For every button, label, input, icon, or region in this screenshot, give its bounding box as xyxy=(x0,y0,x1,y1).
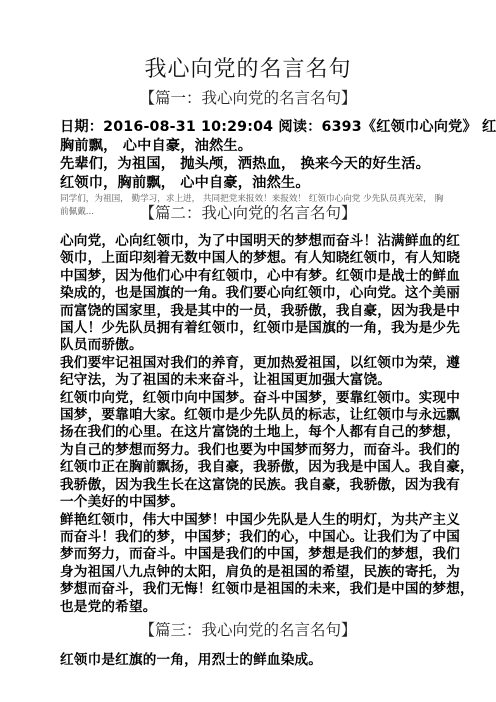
document-page: 我心向党的名言名句 【篇一：我心向党的名言名句】 日期：2016-08-31 1… xyxy=(0,0,496,702)
paragraph-line: 红领巾是红旗的一角，用烈士的鲜血染成。 xyxy=(60,652,440,669)
paragraph-line: 梦想而奋斗，我们无悔！红领巾是祖国的未来，我们是中国的梦想， xyxy=(60,581,440,598)
paragraph-line: 心向党，心向红领巾，为了中国明天的梦想而奋斗！沾满鲜血的红 xyxy=(60,233,440,250)
paragraph-line: 胸前飘， 心中自豪，油然生。 xyxy=(60,137,440,156)
paragraph-line: 我们要牢记祖国对我们的养育，更加热爱祖国，以红领巾为荣，遵 xyxy=(60,355,440,372)
paragraph-line: 为自己的梦想而努力。我们也要为中国梦而努力，而奋斗。我们的 xyxy=(60,442,440,459)
paragraph-line: 一个美好的中国梦。 xyxy=(60,494,440,511)
paragraph-line: 国人！少先队员拥有着红领巾，红领巾是国旗的一角，我为是少先 xyxy=(60,320,440,337)
paragraph-line: 先辈们，为祖国， 抛头颅，洒热血， 换来今天的好生活。 xyxy=(60,155,440,174)
paragraph-line: 也是党的希望。 xyxy=(60,599,440,616)
paragraph-line: 红领巾向党，红领巾向中国梦。奋斗中国梦，要靠红领巾。实现中 xyxy=(60,390,440,407)
paragraph-line: 领巾，上面印刻着无数中国人的梦想。有人知晓红领巾，有人知晓 xyxy=(60,250,440,267)
paragraph-line: 身为祖国八九点钟的太阳，肩负的是祖国的希望，民族的寄托，为 xyxy=(60,564,440,581)
section-2-body: 心向党，心向红领巾，为了中国明天的梦想而奋斗！沾满鲜血的红 领巾，上面印刻着无数… xyxy=(60,233,440,616)
paragraph-line: 红领巾正在胸前飘扬，我自豪，我骄傲，因为我是中国人。我自豪， xyxy=(60,459,440,476)
paragraph-line: 纪守法，为了祖国的未来奋斗，让祖国更加强大富饶。 xyxy=(60,372,440,389)
paragraph-line: 我骄傲，因为我生长在这富饶的民族。我自豪，我骄傲，因为我有 xyxy=(60,477,440,494)
section-3-heading: 【篇三：我心向党的名言名句】 xyxy=(0,620,496,640)
paragraph-line: 扬在我们的心里。在这片富饶的土地上，每个人都有自己的梦想， xyxy=(60,424,440,441)
paragraph-line: 中国梦，因为他们心中有红领巾，心中有梦。红领巾是战士的鲜血 xyxy=(60,268,440,285)
document-title: 我心向党的名言名句 xyxy=(0,56,496,84)
section-2-heading: 【篇二：我心向党的名言名句】 xyxy=(0,203,496,223)
paragraph-line: 而奋斗！我们的梦，中国梦；我们的心，中国心。让我们为了中国 xyxy=(60,529,440,546)
paragraph-line: 队员而骄傲。 xyxy=(60,337,440,354)
paragraph-line: 而富饶的国家里，我是其中的一员，我骄傲，我自豪，因为我是中 xyxy=(60,303,440,320)
paragraph-line: 鲜艳红领巾，伟大中国梦！中国少先队是人生的明灯，为共产主义 xyxy=(60,512,440,529)
paragraph-line: 梦而努力，而奋斗。中国是我们的中国，梦想是我们的梦想，我们 xyxy=(60,546,440,563)
paragraph-line: 国梦，要靠咱大家。红领巾是少先队员的标志，让红领巾与永远飘 xyxy=(60,407,440,424)
paragraph-line: 染成的，也是国旗的一角。我们要心向红领巾，心向党。这个美丽 xyxy=(60,285,440,302)
meta-line: 日期：2016-08-31 10:29:04 阅读：6393《红领巾心向党》 红… xyxy=(60,118,440,137)
section-1-heading: 【篇一：我心向党的名言名句】 xyxy=(0,88,496,108)
section-3-body: 红领巾是红旗的一角，用烈士的鲜血染成。 xyxy=(60,652,440,669)
paragraph-line: 红领巾，胸前飘， 心中自豪，油然生。 xyxy=(60,174,440,193)
